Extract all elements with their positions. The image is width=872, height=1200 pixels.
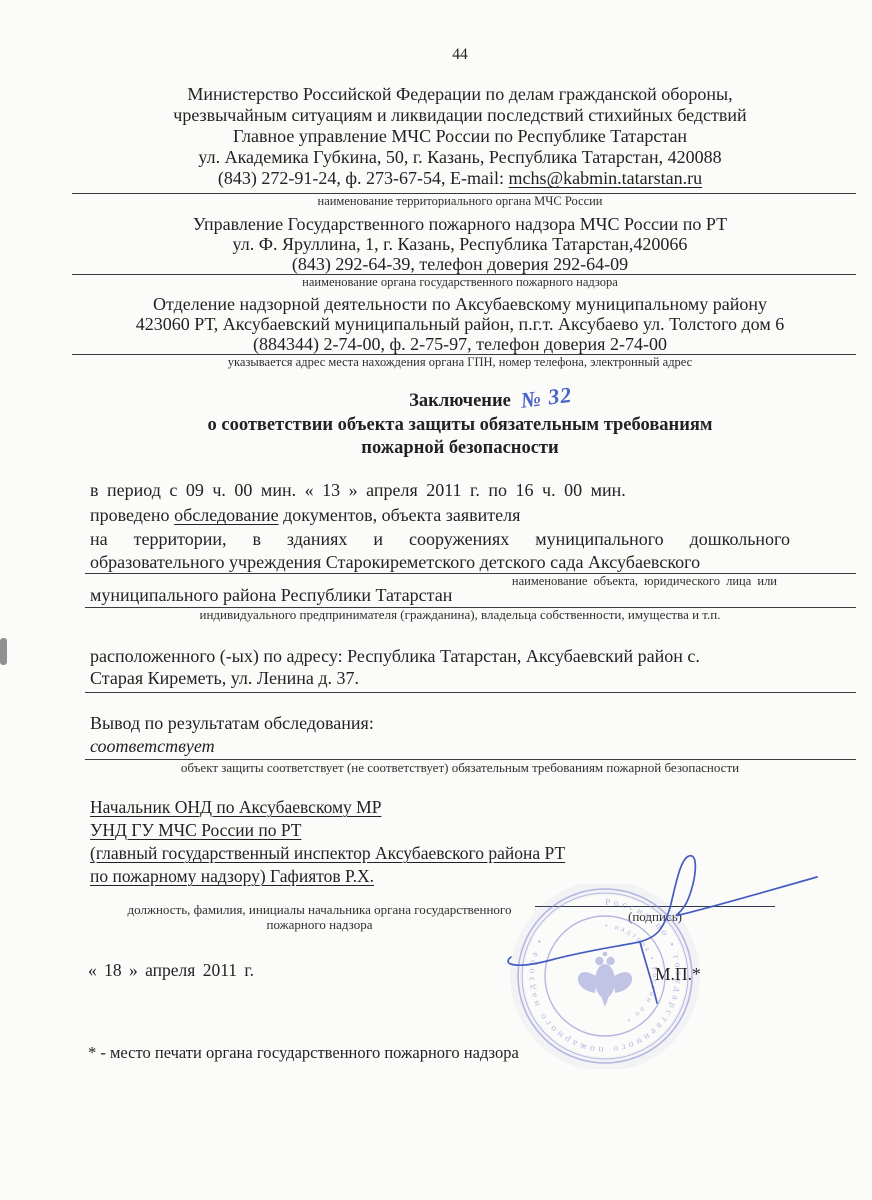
ugpn-line-1: Управление Государственного пожарного на…: [64, 214, 856, 234]
document-date: « 18 » апреля 2011 г.: [88, 960, 254, 980]
ink-signature: [493, 843, 828, 1013]
territory-line-2: образовательного учреждения Старокиремет…: [90, 551, 790, 574]
caption-verdict-options: объект защиты соответствует (не соответс…: [64, 760, 856, 776]
officer-line-1: Начальник ОНД по Аксубаевскому МР: [90, 796, 790, 819]
ugpn-address: ул. Ф. Яруллина, 1, г. Казань, Республик…: [64, 234, 856, 254]
conducted-prefix: проведено: [90, 505, 174, 525]
ministry-line-3: Главное управление МЧС России по Республ…: [64, 126, 856, 147]
officer-line-2: УНД ГУ МЧС России по РТ: [90, 819, 790, 842]
address-block: расположенного (-ых) по адресу: Республи…: [64, 645, 856, 693]
ministry-line-2: чрезвычайным ситуациям и ликвидации посл…: [64, 105, 856, 126]
period-line: в период с 09 ч. 00 мин. « 13 » апреля 2…: [90, 479, 872, 501]
ministry-contacts: (843) 272-91-24, ф. 273-67-54, E-mail: m…: [64, 168, 856, 189]
title-line-1: Заключение№ 32: [64, 389, 856, 414]
ministry-line-1: Министерство Российской Федерации по дел…: [64, 84, 856, 105]
title-line-3: пожарной безопасности: [64, 437, 856, 459]
conducted-line: проведено обследование документов, объек…: [90, 504, 872, 526]
verdict-block: Вывод по результатам обследования: соотв…: [64, 712, 856, 776]
title-line-2: о соответствии объекта защиты обязательн…: [64, 414, 856, 437]
ond-phone: (884344) 2-74-00, ф. 2-75-97, телефон до…: [64, 334, 856, 354]
address-line-2: Старая Киреметь, ул. Ленина д. 37.: [90, 667, 790, 689]
scanned-document-page: 44 Министерство Российской Федерации по …: [0, 0, 872, 1200]
caption-position-line-1: должность, фамилия, инициалы начальника …: [104, 902, 535, 917]
ond-line-1: Отделение надзорной деятельности по Аксу…: [64, 294, 856, 314]
caption-gpn-address: указывается адрес места нахождения орган…: [64, 355, 856, 369]
address-line-1: расположенного (-ых) по адресу: Республи…: [90, 645, 790, 667]
caption-territorial-body: наименование территориального органа МЧС…: [64, 194, 856, 208]
document-header: Министерство Российской Федерации по дел…: [64, 84, 856, 369]
document-title: Заключение№ 32 о соответствии объекта за…: [64, 389, 856, 459]
verdict-value: соответствует: [90, 735, 790, 757]
caption-position-line-2: пожарного надзора: [104, 917, 535, 932]
district-block: муниципального района Республики Татарст…: [64, 585, 856, 622]
footnote: * - место печати органа государственного…: [88, 1043, 872, 1063]
caption-gpn-body: наименование органа государственного пож…: [64, 275, 856, 289]
page-number: 44: [64, 46, 856, 64]
conducted-suffix: документов, объекта заявителя: [279, 505, 521, 525]
caption-position: должность, фамилия, инициалы начальника …: [104, 902, 535, 932]
ond-address: 423060 РТ, Аксубаевский муниципальный ра…: [64, 314, 856, 334]
ministry-phone: (843) 272-91-24, ф. 273-67-54, E-mail:: [218, 168, 509, 188]
caption-owner: индивидуального предпринимателя (граждан…: [64, 608, 856, 622]
ministry-address: ул. Академика Губкина, 50, г. Казань, Ре…: [64, 147, 856, 168]
title-word: Заключение: [409, 391, 511, 411]
ugpn-phone: (843) 292-64-39, телефон доверия 292-64-…: [64, 254, 856, 274]
verdict-label: Вывод по результатам обследования:: [90, 712, 790, 735]
scan-artifact: [0, 638, 7, 665]
object-description-block: на территории, в зданиях и сооружениях м…: [64, 528, 856, 588]
territory-line-1: на территории, в зданиях и сооружениях м…: [90, 528, 790, 551]
ministry-email-link[interactable]: mchs@kabmin.tatarstan.ru: [509, 168, 703, 188]
form-rule: [85, 692, 856, 693]
conducted-type: обследование: [174, 505, 279, 525]
handwritten-number: № 32: [519, 382, 573, 413]
district-line: муниципального района Республики Татарст…: [90, 585, 790, 605]
